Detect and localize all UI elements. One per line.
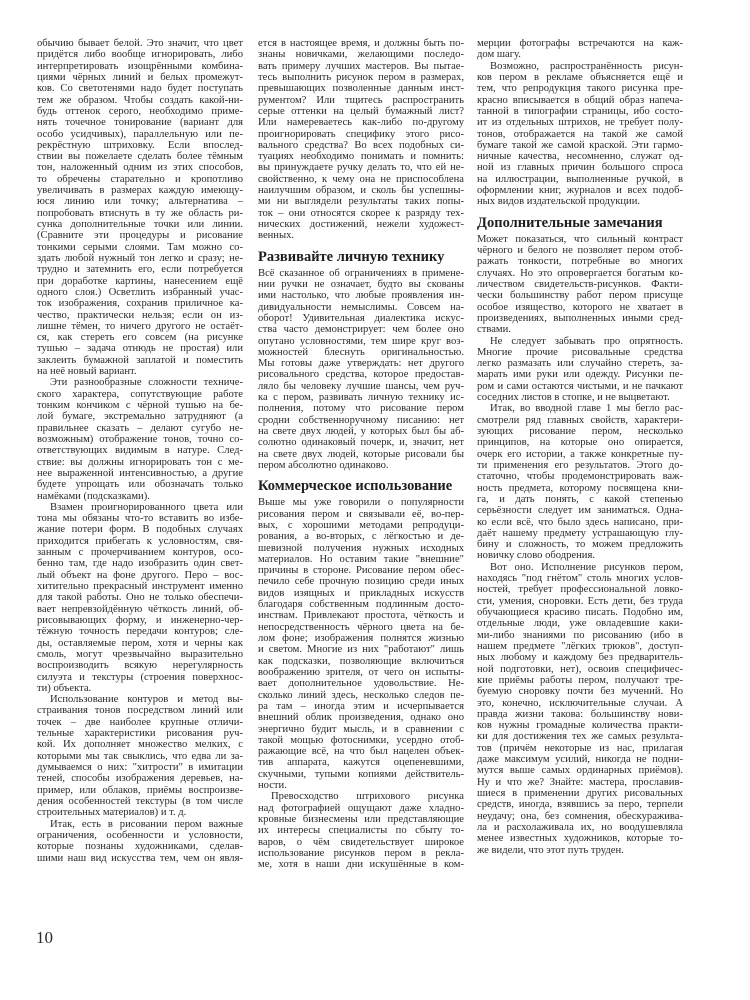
paragraph: Итак, есть в рисовании пером важныеогран… [37, 819, 243, 864]
text-line: ства часто демонстрирует: чем более оно [258, 324, 464, 335]
text-line: отдельные люди, уже овладевшие каки- [477, 618, 683, 629]
text-line: печило себе прочную позицию среди иных [258, 576, 464, 587]
text-line: на свете двух людей, у которых был бы аб… [258, 426, 464, 437]
text-line: Ну и что же? Знайте: мастера, прославив- [477, 777, 683, 788]
text-line: тушью – задача отнюдь не простая) или [37, 343, 243, 354]
text-line: над фотографией ощущают даже хладно- [258, 803, 464, 814]
text-line: Итак, во вводной главе 1 мы бегло рас- [477, 403, 683, 414]
text-line: рисовывающих форму, и инженерно-чер- [37, 615, 243, 626]
text-line: занным с прочерчиванием контуров, осо- [37, 547, 243, 558]
paragraph: Итак, во вводной главе 1 мы бегло рас-см… [477, 403, 683, 561]
text-line: правда жизни такова: большинству нови- [477, 709, 683, 720]
text-line: мутся выше самых ординарных приёмов). [477, 765, 683, 776]
text-line: Или намереваетесь как-либо по-другому [258, 117, 464, 128]
paragraph: обычию бывает белой. Это значит, что цве… [37, 38, 243, 377]
text-line: приходится прибегать к условностям, свя- [37, 536, 243, 547]
text-line: кровные бизнесмены или представляющие [258, 814, 464, 825]
text-line: ими настолько, что любые проявления ин- [258, 290, 464, 301]
text-line: ков нужны громадные количества практи- [477, 720, 683, 731]
paragraph: Эти разнообразные сложности техниче-ског… [37, 377, 243, 501]
text-line: жание потери форм. В подобных случаях [37, 524, 243, 535]
text-column-right: мерции фотографы встречаются на каж-дом … [477, 38, 683, 856]
text-line: материалов. Но оставим такие "внешние" [258, 554, 464, 565]
text-line: ит из отдельных штрихов, не требует полу… [477, 117, 683, 128]
text-line: обычию бывает белой. Это значит, что цве… [37, 38, 243, 49]
text-line: интерпретировать изощрёнными комбина- [37, 61, 243, 72]
text-line: лый объект на фоне другого. Перо – вос- [37, 570, 243, 581]
text-line: нее выраженной интенсивностью, а другие [37, 468, 243, 479]
text-line: тесь выполнить рисунок пером в размерах, [258, 72, 464, 83]
text-line: тонов, отображается на такой же самой [477, 129, 683, 140]
text-line: будь оттенок серого, необходимо приме- [37, 106, 243, 117]
text-line: возможным) отображение тонов, точно со- [37, 434, 243, 445]
text-line: лишне тёмен, то ничего другого не остаёт… [37, 321, 243, 332]
text-line: зующих рисование пером, несколько [477, 426, 683, 437]
text-line: опутано условностями, тем шире круг воз- [258, 336, 464, 347]
text-line: ла и расхолаживала их, но воодушевляла [477, 822, 683, 833]
text-line: знаны новичками, желающими последо- [258, 49, 464, 60]
text-line: кие приёмы работы пером, получают тре- [477, 675, 683, 686]
text-line: юся линию или точку; альтернатива – [37, 196, 243, 207]
text-line: ток – они относятся скорее к разряду тех… [258, 208, 464, 219]
text-line: попробовать втиснуть в ту же область ри- [37, 208, 243, 219]
text-line: ствие: вы должны игнорировать тон с ме- [37, 457, 243, 468]
text-line: серьёзности следует им заниматься. Одна- [477, 505, 683, 516]
text-line: на иллюстрации, выполненные ручкой, в [477, 174, 683, 185]
section-heading: Коммерческое использование [258, 477, 464, 495]
paragraph: Использование контуров и метод вы-страив… [37, 694, 243, 818]
text-line: средств, иногда, взявшись за перо, терпе… [477, 799, 683, 810]
text-line: рументом? Или тщитесь распространить [258, 95, 464, 106]
text-line: внешний облик произведения, однако оно [258, 712, 464, 723]
text-line: тонкими серыми слоями. Там можно со- [37, 242, 243, 253]
text-line: даёт нашему предмету устрашающую глу- [477, 528, 683, 539]
text-line: ностей, требует профессиональной ловко- [477, 584, 683, 595]
text-line: здать любой нужный тон легко и сразу; не… [37, 253, 243, 264]
text-line: легко размазать или случайно стереть, за… [477, 358, 683, 369]
text-line: вального средства? Во всех подобных си- [258, 140, 464, 151]
text-line: тёжную точность передачи контуров; сле- [37, 626, 243, 637]
text-line: вать примеру лучших мастеров. Вы пытае- [258, 61, 464, 72]
text-line: использование рисунков пером в рекла- [258, 848, 464, 859]
section-heading: Развивайте личную технику [258, 248, 464, 266]
paragraph: Взамен проигнорированного цвета илитона … [37, 502, 243, 694]
text-line: венных. [258, 230, 464, 241]
text-line: думываемся о них: "хитрости" в имитации [37, 762, 243, 773]
text-line: ной подготовки, нет), освоив специфичес- [477, 664, 683, 675]
text-line: кой. Их дополняет множество мелких, с [37, 739, 243, 750]
text-column-middle: ется в настоящее время, и должны быть по… [258, 38, 464, 871]
text-line: туациях необходимо понимать и помнить: [258, 151, 464, 162]
text-line: для такой работы. Оно не только обеспечи… [37, 592, 243, 603]
text-line: ра там – иногда этим и исчерпывается [258, 701, 464, 712]
paragraph: Вот оно. Исполнение рисунков пером,наход… [477, 562, 683, 856]
text-line: сродни собственноручному писанию: нет [258, 415, 464, 426]
text-line: тив аппарата, кажутся оцепеневшими, [258, 757, 464, 768]
text-line: новичку слово ободрения. [477, 550, 683, 561]
text-line: причины в стороне. Рисование пером обес- [258, 565, 464, 576]
text-line: (Сравните эти процедуры и рисование [37, 230, 243, 241]
text-line: тем, что репродукция такого рисунка пре- [477, 83, 683, 94]
text-line: рекрёстную штриховку. Если впослед- [37, 140, 243, 151]
text-line: тонким кончиком с чёрной тушью на бе- [37, 400, 243, 411]
text-line: нических достижений, нежели художест- [258, 219, 464, 230]
text-line: ского характера, сопутствующие работе [37, 389, 243, 400]
text-line: чёрного и белого не позволяет пером отоб… [477, 245, 683, 256]
text-line: ды, оставляемые пером, хотя и черны как [37, 638, 243, 649]
paragraph: Превосходство штрихового рисунканад фото… [258, 791, 464, 870]
text-line: статочно, чтобы продемонстрировать важ- [477, 471, 683, 482]
text-line: бину и сложность, то можем предложить [477, 539, 683, 550]
text-line: танной в типографии страницы, ибо состо- [477, 106, 683, 117]
paragraph: Всё сказанное об ограничениях в примене-… [258, 268, 464, 472]
text-line: чество, практически нельзя; если он из- [37, 310, 243, 321]
text-line: благодаря собственным подлинным досто- [258, 599, 464, 610]
text-line: особо усидчивых), параллельную или пе- [37, 129, 243, 140]
text-line: га, и дать понять, с какой степенью [477, 494, 683, 505]
text-line: хитительно прекрасный инструмент именно [37, 581, 243, 592]
text-line: смоль, могут чрезвычайно выразительно [37, 649, 243, 660]
text-line: ется в настоящее время, и должны быть по… [258, 38, 464, 49]
text-line: оборот! Удивительная диалектика искус- [258, 313, 464, 324]
text-line: Превосходство штрихового рисунка [258, 791, 464, 802]
text-line: ков пером в рекламе объясняется ещё и [477, 72, 683, 83]
text-line: проигнорировать специфику этого рисо- [258, 129, 464, 140]
text-line: произведениях, выполненных иными сред- [477, 313, 683, 324]
text-line: Вот оно. Исполнение рисунков пером, [477, 562, 683, 573]
text-line: Многие прочие рисовальные средства [477, 347, 683, 358]
section-heading: Дополнительные замечания [477, 214, 683, 232]
text-line: ности. [258, 780, 464, 791]
text-line: ки для достижения тех же самых результа- [477, 731, 683, 742]
text-line: рисовального средства, которое предостав… [258, 369, 464, 380]
text-line: силуэта и текстуры (строения поверхнос- [37, 672, 243, 683]
text-line: одного слоя.) Осветлить избранный учас- [37, 287, 243, 298]
text-line: ми-либо знаниями по рисованию (ибо в [477, 630, 683, 641]
text-line: теней, способы изображения деревьев, на- [37, 773, 243, 784]
text-line: лом фоне; изображения полнятся жизнью [258, 633, 464, 644]
text-line: Итак, есть в рисовании пером важные [37, 819, 243, 830]
text-line: ков. Со светотенями надо будет поступать [37, 83, 243, 94]
text-line: сунка дополнительные точки или линии. [37, 219, 243, 230]
text-line: наилучшим образом, и сколь бы успешны- [258, 185, 464, 196]
text-line: которые познаны художниками, сделав- [37, 841, 243, 852]
text-line: и светом. Многие из них "работают" лишь [258, 644, 464, 655]
text-line: ром и сами остаются чистыми, и не пачкаю… [477, 381, 683, 392]
text-line: нии ручки не означает, будто вы скованы [258, 279, 464, 290]
page-number: 10 [36, 928, 53, 948]
text-line: видов изящных и прикладных искусств [258, 588, 464, 599]
text-line: ствии вы пожелаете сделать более тёмным [37, 151, 243, 162]
text-line: Возможно, распространённость рисун- [477, 61, 683, 72]
text-line: дом шагу. [477, 49, 683, 60]
text-line: при доработке картины, нанесением ещё [37, 276, 243, 287]
text-line: буемую сноровку почти без мучений. Но [477, 686, 683, 697]
text-line: можностей блеснуть оригинальностью. [258, 347, 464, 358]
text-line: ность предмета, которому посвящена кни- [477, 483, 683, 494]
text-line: ти) объекта. [37, 683, 243, 694]
text-line: даже максимум усилий, никогда не подни- [477, 754, 683, 765]
text-line: правильнее сказать – делают сугубо не- [37, 423, 243, 434]
text-line: личеством свидетельств-рисунков. Факти- [477, 279, 683, 290]
text-line: вает дополнительное удовольствие. Не- [258, 678, 464, 689]
text-line: ти применения его результатов. Этого до- [477, 460, 683, 471]
text-line: страивания тонов посредством линий или [37, 705, 243, 716]
text-line: находясь "под гнётом" столь многих услов… [477, 573, 683, 584]
text-line: ся, как стереть его совсем (на рисунке [37, 332, 243, 343]
text-line: ражать тонкости, потребные во многих [477, 256, 683, 267]
text-line: шими наш вид искусства тем, чем он явля- [37, 853, 243, 864]
text-line: их интересы специалисты по сбыту то- [258, 825, 464, 836]
text-line: Не следует забывать про опрятность. [477, 336, 683, 347]
text-line: как подсказки, позволяющие включиться [258, 656, 464, 667]
text-line: полнения, потому что рисование пером [258, 403, 464, 414]
text-line: ных видов издательской продукции. [477, 196, 683, 207]
text-line: ствами. [477, 324, 683, 335]
text-line: соседних листов в стопке, и не выцветают… [477, 392, 683, 403]
text-line: принципов, на которые оно опирается, [477, 437, 683, 448]
text-line: тон, наложенный одним из этих способов, [37, 162, 243, 173]
text-line: менее известных художников, которые то- [477, 833, 683, 844]
text-line: красно вписывается в общий образ напеча- [477, 95, 683, 106]
text-line: превышающих позволенные данным инст- [258, 83, 464, 94]
text-line: вых, с хорошими методами репродуци- [258, 520, 464, 531]
text-line: ответствующих видимым в натуре. След- [37, 445, 243, 456]
text-line: ток изображения, сохранив приличное ка- [37, 298, 243, 309]
text-line: ражающие всё, на что был нацелен объек- [258, 746, 464, 757]
text-line: тем же образом. Чтобы создать какой-ни- [37, 95, 243, 106]
text-line: Мы готовы даже утверждать: нет другого [258, 358, 464, 369]
text-line: мерции фотографы встречаются на каж- [477, 38, 683, 49]
text-line: же видели, что этот путь труден. [477, 845, 683, 856]
text-line: ничные качества, несомненно, служат од- [477, 151, 683, 162]
text-line: случаях. Но это опровергается богатым ко… [477, 268, 683, 279]
text-line: обучающиеся красиво писать. Подобно им, [477, 607, 683, 618]
text-line: нашем предмете "лёгких трюков", доступ- [477, 641, 683, 652]
text-line: марать ими руки или одежду. Рисунки пе- [477, 369, 683, 380]
text-line: ме, хотя в наши дни искушённые в ком- [258, 859, 464, 870]
text-line: серые оттенки на целый бумажный лист? [258, 106, 464, 117]
text-line: на свете двух людей, которые рисовали бы [258, 449, 464, 460]
text-line: намёками (подсказками). [37, 491, 243, 502]
text-line: воображению зрителя, от чего он испыты- [258, 667, 464, 678]
text-line: вы принуждаете ручку делать то, что ей н… [258, 162, 464, 173]
text-line: дения особенностей текстуры (в том числе [37, 796, 243, 807]
text-line: такой мощью фотоснимки, усердно отоб- [258, 735, 464, 746]
text-line: энергично будит мысль, и в сравнении с [258, 724, 464, 735]
text-line: строительных материалов) и т. д. [37, 807, 243, 818]
text-line: рования, а во-вторых, с лёгкостью и де- [258, 531, 464, 542]
text-line: воспроизводить всякую нерегулярность [37, 660, 243, 671]
paragraph: Выше мы уже говорили о популярностирисов… [258, 497, 464, 791]
text-line: сти, умения, сноровки. Есть дети, без тр… [477, 596, 683, 607]
text-line: лой бумаге, экстремально затрудняют (а [37, 411, 243, 422]
text-line: тельные характеристики рисования руч- [37, 728, 243, 739]
text-line: ной из главных причин большого спроса [477, 162, 683, 173]
text-line: будете упрощать или обозначать только [37, 479, 243, 490]
text-line: пример, или облаков, приёмы воспроизве- [37, 785, 243, 796]
text-line: циями чёрных линий и белых промежут- [37, 72, 243, 83]
text-line: очерк его истории, а также конкретные пу… [477, 449, 683, 460]
paragraph: Не следует забывать про опрятность.Многи… [477, 336, 683, 404]
text-line: тов (причём некоторые из нас, прилагая [477, 743, 683, 754]
text-column-left: обычию бывает белой. Это значит, что цве… [37, 38, 243, 864]
text-line: сколько линий здесь, несколько следов пе… [258, 690, 464, 701]
paragraph: Может показаться, что сильный контрастчё… [477, 234, 683, 336]
text-line: свойственно, к чему она не приспособлена [258, 174, 464, 185]
text-line: Всё сказанное об ограничениях в примене- [258, 268, 464, 279]
text-line: бенно там, где надо изобразить один свет… [37, 558, 243, 569]
text-line: это, конечно, исключительные случаи. А [477, 698, 683, 709]
text-line: чески большинству работ пером присуще [477, 290, 683, 301]
text-line: ляло бы человеку лучшие шансы, чем руч- [258, 381, 464, 392]
text-line: которыми мы так свыклись, что едва ли за… [37, 751, 243, 762]
text-line: особое изящество, которого не хватает в [477, 302, 683, 313]
text-line: ограничения, особенности и условности, [37, 830, 243, 841]
paragraph: мерции фотографы встречаются на каж-дом … [477, 38, 683, 61]
text-line: ка с пером, развивать личную технику ис- [258, 392, 464, 403]
text-line: Выше мы уже говорили о популярности [258, 497, 464, 508]
text-line: смотрели ряд главных свойств, характери- [477, 415, 683, 426]
text-line: Может показаться, что сильный контраст [477, 234, 683, 245]
text-line: дивидуальности немыслимы. Совсем на- [258, 302, 464, 313]
text-line: рисования пером и связывали её, во-пер- [258, 509, 464, 520]
text-line: тона мы обязаны что-то вставить во избе- [37, 513, 243, 524]
paragraph: ется в настоящее время, и должны быть по… [258, 38, 464, 242]
text-line: неудачу; она, без сомнения, обескуражива… [477, 811, 683, 822]
text-line: ко если всё, что было здесь написано, пр… [477, 517, 683, 528]
text-line: Эти разнообразные сложности техниче- [37, 377, 243, 388]
text-line: ми ни выглядели результаты таких попы- [258, 196, 464, 207]
text-line: Взамен проигнорированного цвета или [37, 502, 243, 513]
text-line: придётся либо вообще игнорировать, либо [37, 49, 243, 60]
text-line: вает непревзойдённую чёткость линий, об- [37, 604, 243, 615]
text-line: Использование контуров и метод вы- [37, 694, 243, 705]
text-line: ных любому и каждому без предваритель- [477, 652, 683, 663]
text-line: инствам. Привлекают простота, чёткость и [258, 610, 464, 621]
text-line: скучными, тупыми копиями действитель- [258, 769, 464, 780]
paragraph: Возможно, распространённость рисун-ков п… [477, 61, 683, 208]
text-line: то обречены старательно и кропотливо [37, 174, 243, 185]
text-line: нять точечное тонирование (вариант для [37, 117, 243, 128]
text-line: шевизной получения нужных исходных [258, 543, 464, 554]
text-line: шиеся в применении других рисовальных [477, 788, 683, 799]
text-line: бумаге такой же самой краской. Эти гармо… [477, 140, 683, 151]
text-line: точек – две наиболее крупные отличи- [37, 717, 243, 728]
text-line: варов, о чём свидетельствует широкое [258, 837, 464, 848]
text-line: заклеить бумажной заплатой и поместить [37, 355, 243, 366]
text-line: пером абсолютно одинаково. [258, 460, 464, 471]
text-line: солютно одинаковый почерк, и, значит, не… [258, 437, 464, 448]
text-line: оформлении книг, журналов и всех подоб- [477, 185, 683, 196]
text-line: трудно и затемнить его, если потребуется [37, 264, 243, 275]
text-line: увеличивать в размерах каждую имеющу- [37, 185, 243, 196]
text-line: непосредственность чёрного цвета на бе- [258, 622, 464, 633]
text-line: на неё новый вариант. [37, 366, 243, 377]
